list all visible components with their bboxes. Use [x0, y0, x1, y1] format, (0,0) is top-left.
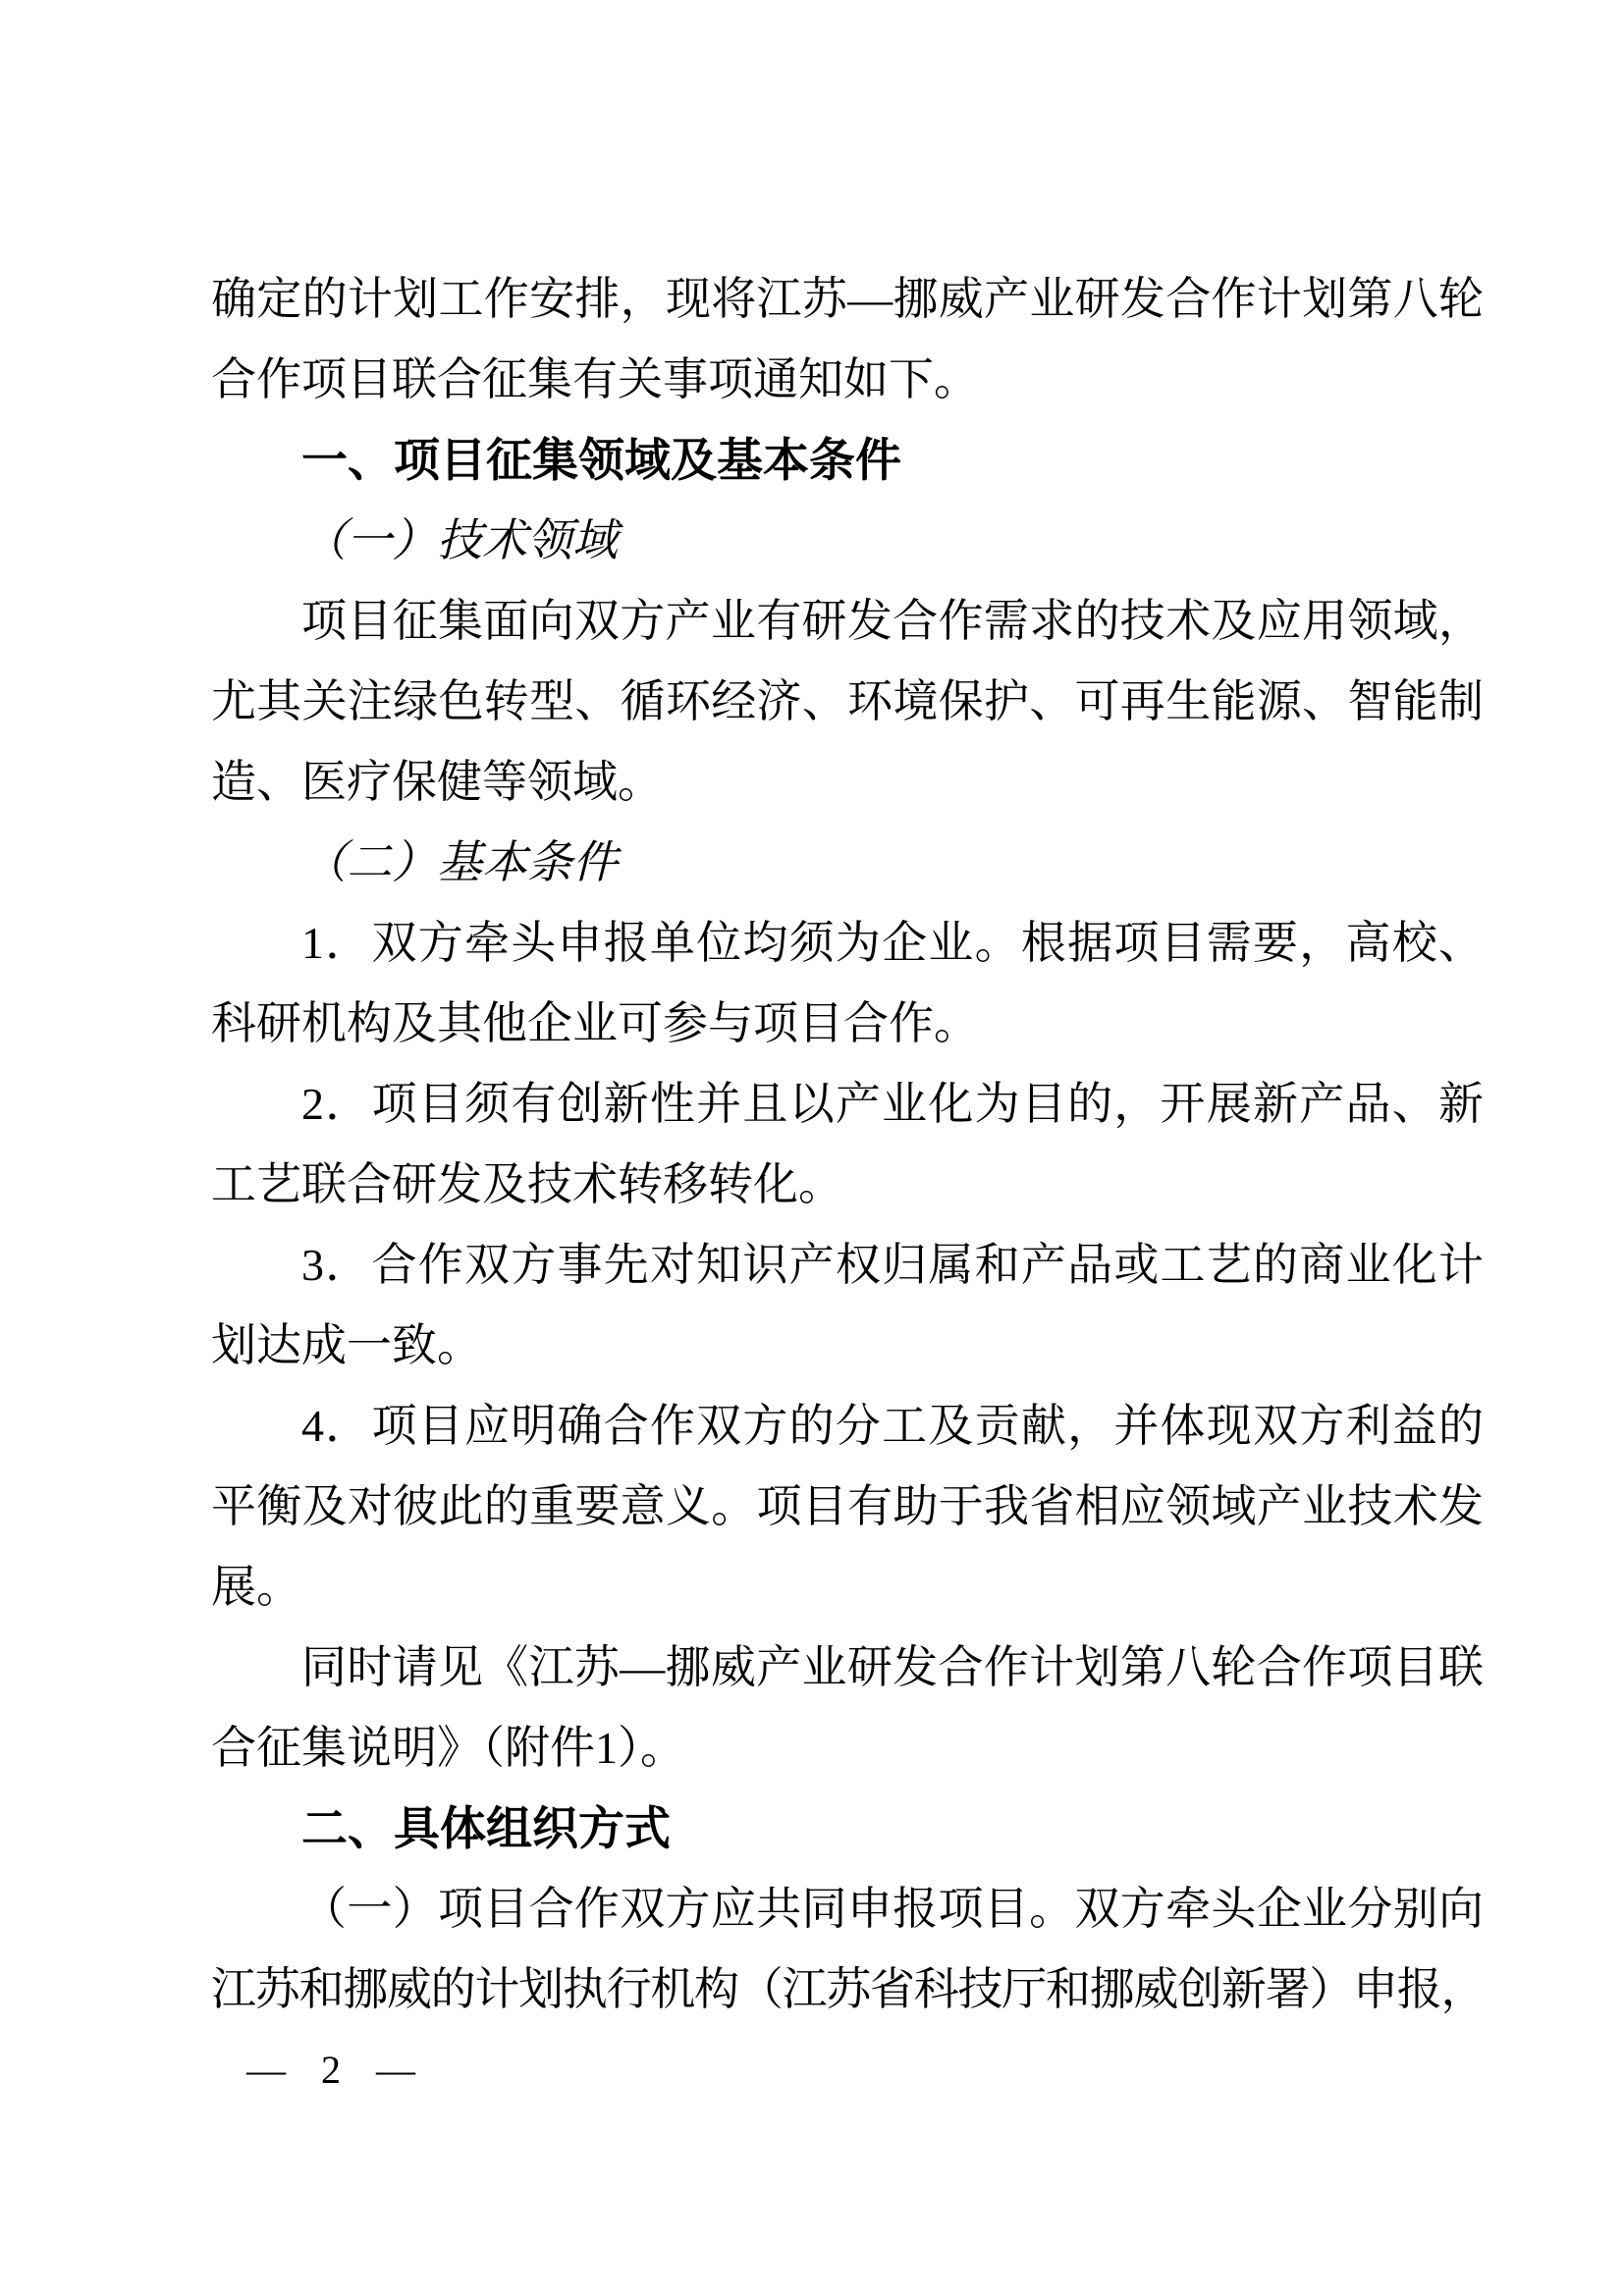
section-heading-two: 二、具体组织方式 [211, 1789, 1484, 1869]
body-line: 展。 [211, 1547, 1484, 1628]
numbered-item-line: 3．合作双方事先对知识产权归属和产品或工艺的商业化计 [211, 1225, 1484, 1306]
body-line: （一）项目合作双方应共同申报项目。双方牵头企业分别向 [211, 1869, 1484, 1949]
section-heading-one: 一、项目征集领域及基本条件 [211, 420, 1484, 501]
page-number-footer: — 2 — [246, 2030, 423, 2110]
body-line: 同时请见《江苏—挪威产业研发合作计划第八轮合作项目联 [211, 1628, 1484, 1708]
body-line: 造、医疗保健等领域。 [211, 742, 1484, 823]
body-line: 工艺联合研发及技术转移转化。 [211, 1145, 1484, 1225]
numbered-item-line: 4．项目应明确合作双方的分工及贡献，并体现双方利益的 [211, 1386, 1484, 1467]
body-line: 平衡及对彼此的重要意义。项目有助于我省相应领域产业技术发 [211, 1467, 1484, 1547]
body-line: 确定的计划工作安排，现将江苏—挪威产业研发合作计划第八轮 [211, 259, 1484, 340]
subsection-heading-basic-conditions: （二）基本条件 [211, 823, 1484, 903]
body-line: 合征集说明》（附件1）。 [211, 1708, 1484, 1789]
body-line: 科研机构及其他企业可参与项目合作。 [211, 984, 1484, 1064]
body-line: 项目征集面向双方产业有研发合作需求的技术及应用领域， [211, 581, 1484, 662]
document-body: 确定的计划工作安排，现将江苏—挪威产业研发合作计划第八轮 合作项目联合征集有关事… [211, 259, 1484, 2030]
numbered-item-line: 1．双方牵头申报单位均须为企业。根据项目需要，高校、 [211, 903, 1484, 984]
document-page: 确定的计划工作安排，现将江苏—挪威产业研发合作计划第八轮 合作项目联合征集有关事… [0, 0, 1623, 2296]
body-line: 尤其关注绿色转型、循环经济、环境保护、可再生能源、智能制 [211, 662, 1484, 742]
body-line: 划达成一致。 [211, 1306, 1484, 1386]
numbered-item-line: 2．项目须有创新性并且以产业化为目的，开展新产品、新 [211, 1064, 1484, 1145]
subsection-heading-technical-field: （一）技术领域 [211, 501, 1484, 581]
body-line: 江苏和挪威的计划执行机构（江苏省科技厅和挪威创新署）申报， [211, 1949, 1484, 2030]
body-line: 合作项目联合征集有关事项通知如下。 [211, 340, 1484, 420]
